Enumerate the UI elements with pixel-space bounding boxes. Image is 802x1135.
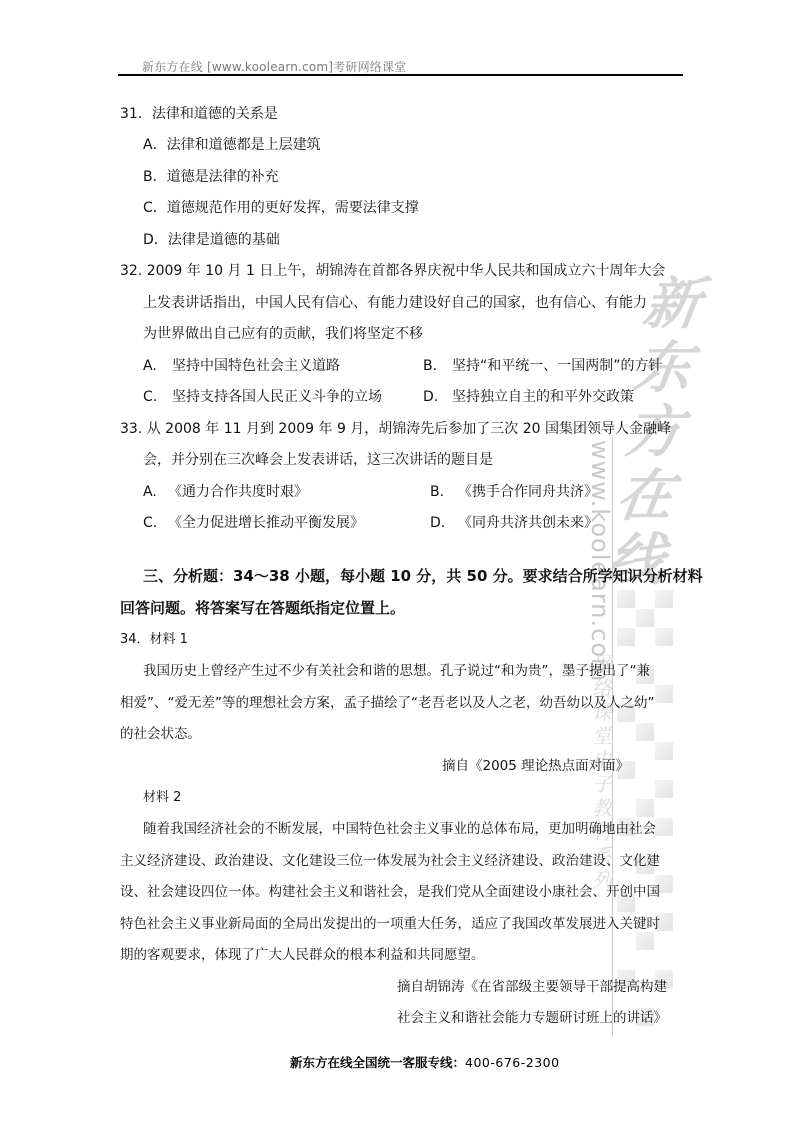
watermark-url: www.koolearn.com	[586, 440, 614, 682]
q32-option-b-label: B.	[423, 357, 437, 375]
q32-option-d-text: 坚持独立自主的和平外交政策	[452, 388, 634, 406]
q33-option-b-text: 《携手合作同舟共济》	[458, 483, 598, 501]
q34-material1-line-2: 相爱”、“爱无差”等的理想社会方案，孟子描绘了“老吾老以及人之老，幼吾幼以及人之…	[120, 694, 654, 712]
q31-option-b: B．道德是法律的补充	[143, 168, 279, 186]
q32-option-c-label: C.	[143, 388, 157, 406]
q34-heading: 34．材料 1	[120, 631, 188, 649]
q31-option-d: D．法律是道德的基础	[143, 231, 280, 249]
q32-stem-line-2: 上发表讲话指出，中国人民有信心、有能力建设好自己的国家，也有信心、有能力	[143, 294, 647, 312]
footer-label: 新东方在线全国统一客服专线：	[290, 1055, 465, 1070]
q34-material2-line-4: 特色社会主义事业新局面的全局出发提出的一项重大任务，适应了我国改革发展进入关键时	[120, 915, 660, 933]
q32-option-d-label: D.	[423, 388, 438, 406]
q33-option-c-text: 《全力促进增长推动平衡发展》	[168, 514, 364, 532]
q34-material2-line-1: 随着我国经济社会的不断发展，中国特色社会主义事业的总体布局，更加明确地由社会	[143, 820, 656, 838]
footer-phone: 400-676-2300	[465, 1055, 560, 1070]
q33-stem-line-2: 会，并分别在三次峰会上发表讲话，这三次讲话的题目是	[143, 451, 493, 469]
watermark-checker-pattern	[617, 590, 675, 1038]
section3-title-line-2: 回答问题。将答案写在答题纸指定位置上。	[120, 599, 405, 617]
q32-stem-line-1: 32. 2009 年 10 月 1 日上午，胡锦涛在首都各界庆祝中华人民共和国成…	[120, 262, 665, 280]
q34-material2-line-3: 设、社会建设四位一体。构建社会主义和谐社会，是我们党从全面建设小康社会、开创中国	[120, 883, 660, 901]
section3-title-line-1: 三、分析题：34～38 小题，每小题 10 分，共 50 分。要求结合所学知识分…	[143, 567, 703, 585]
q33-option-a-label: A.	[143, 483, 157, 501]
page-header: 新东方在线 [www.koolearn.com]考研网络课堂	[142, 58, 406, 75]
q33-option-a-text: 《通力合作共度时艰》	[168, 483, 308, 501]
q32-stem-line-3: 为世界做出自己应有的贡献，我们将坚定不移	[143, 325, 423, 343]
q31-option-a: A．法律和道德都是上层建筑	[143, 136, 321, 154]
q34-material2-line-5: 期的客观要求，体现了广大人民群众的根本利益和共同愿望。	[120, 946, 485, 964]
q34-material2-line-2: 主义经济建设、政治建设、文化建设三位一体发展为社会主义经济建设、政治建设、文化建	[120, 852, 660, 870]
q34-material1-line-3: 的社会状态。	[120, 725, 201, 743]
q32-option-a-label: A.	[143, 357, 157, 375]
q32-option-b-text: 坚持“和平统一、一国两制”的方针	[452, 357, 663, 375]
q33-option-d-label: D.	[430, 514, 445, 532]
q32-option-a-text: 坚持中国特色社会主义道路	[172, 357, 340, 375]
q34-material2-source-line-1: 摘自胡锦涛《在省部级主要领导干部提高构建	[397, 978, 667, 996]
q33-option-b-label: B.	[430, 483, 444, 501]
q33-option-c-label: C.	[143, 514, 157, 532]
q31-stem: 31．法律和道德的关系是	[120, 105, 278, 123]
q32-option-c-text: 坚持支持各国人民正义斗争的立场	[172, 388, 382, 406]
q34-material2-heading: 材料 2	[143, 789, 181, 807]
document-page: 新东方在线 [www.koolearn.com]考研网络课堂 新 东 方 在 线…	[0, 0, 802, 1135]
q34-material1-source: 摘自《2005 理论热点面对面》	[442, 757, 629, 775]
q33-stem-line-1: 33. 从 2008 年 11 月到 2009 年 9 月，胡锦涛先后参加了三次…	[120, 420, 671, 438]
page-footer: 新东方在线全国统一客服专线：400-676-2300	[290, 1053, 560, 1071]
q34-material2-source-line-2: 社会主义和谐社会能力专题研讨班上的讲话》	[397, 1009, 667, 1027]
q33-option-d-text: 《同舟共济共创未来》	[458, 514, 598, 532]
q34-material1-line-1: 我国历史上曾经产生过不少有关社会和谐的思想。孔子说过“和为贵”，墨子提出了“兼	[143, 662, 650, 680]
q31-option-c: C．道德规范作用的更好发挥，需要法律支撑	[143, 199, 419, 217]
header-rule	[118, 74, 683, 76]
